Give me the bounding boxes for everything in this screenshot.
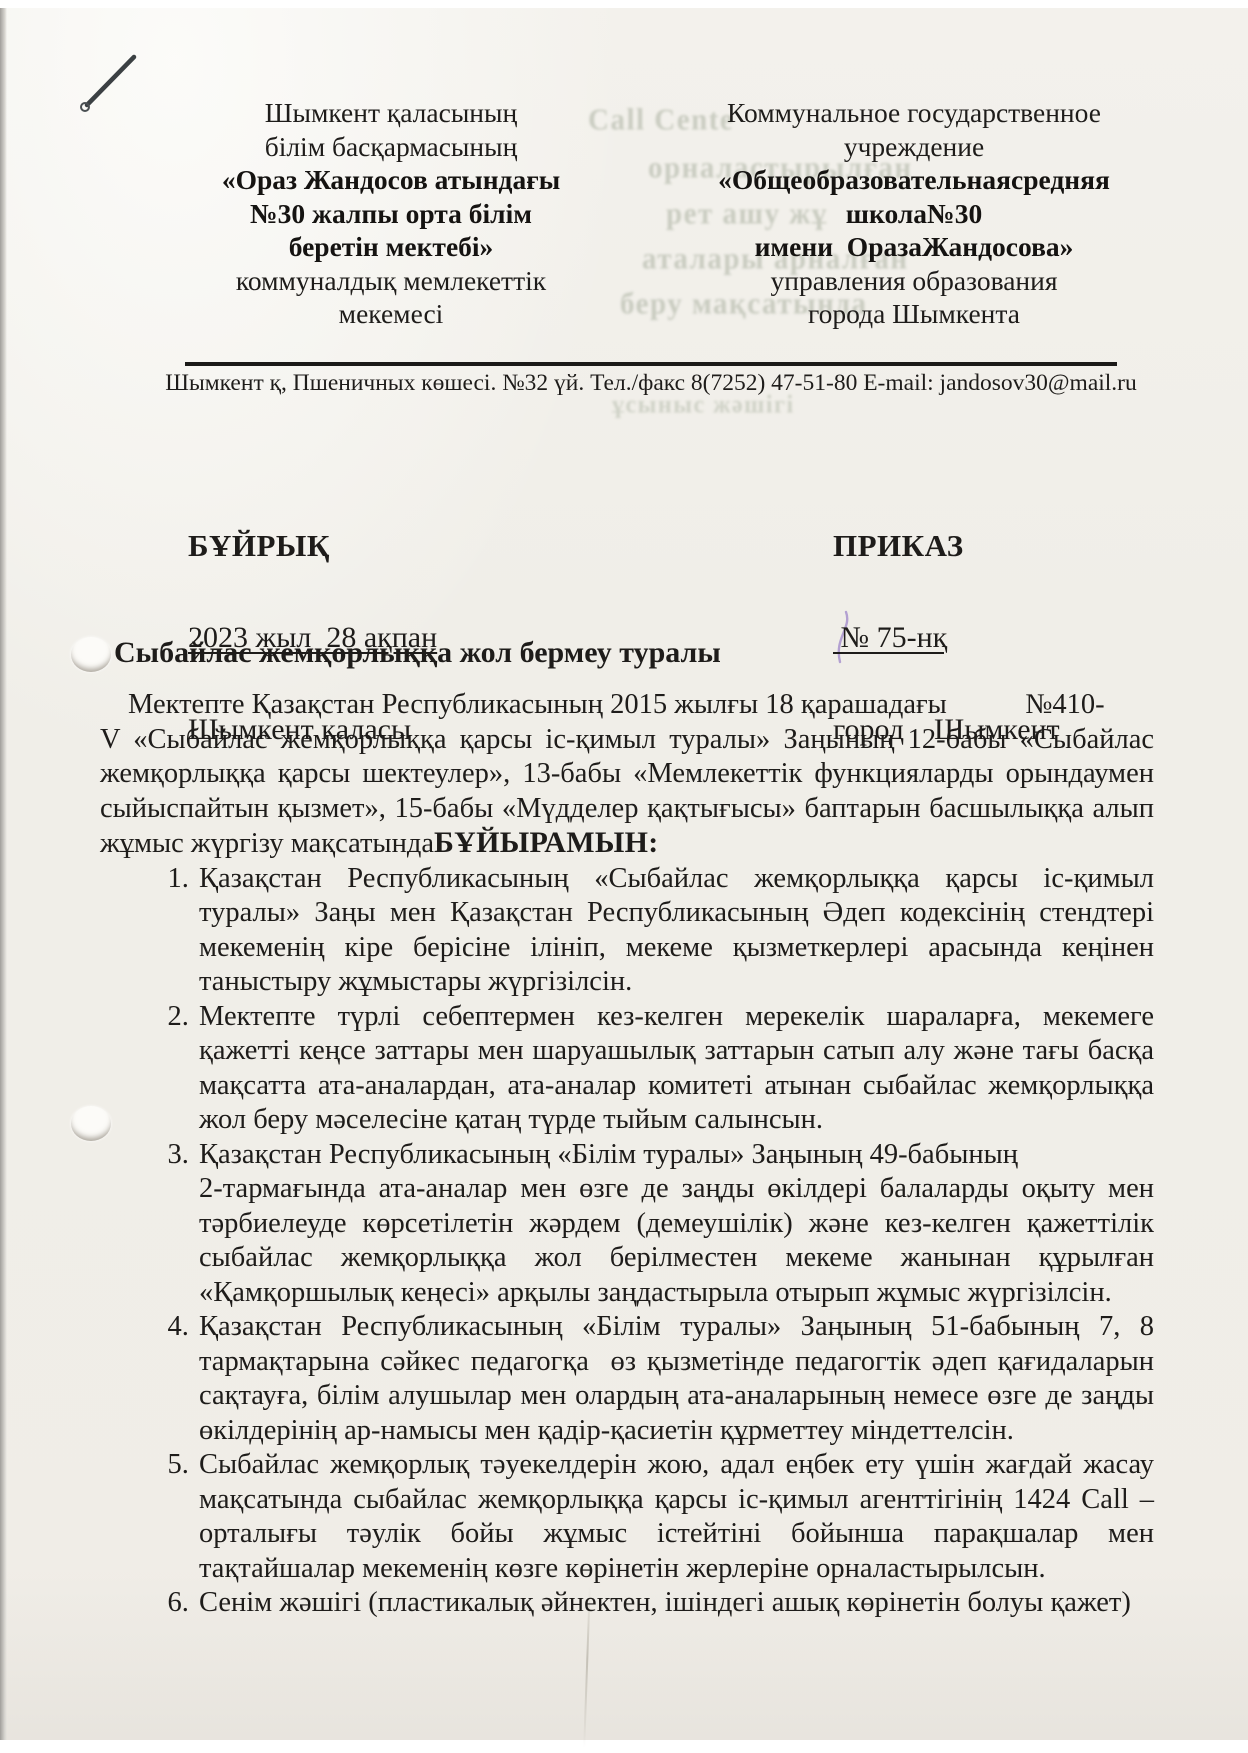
- order-item: Сыбайлас жемқорлық тәуекелдерін жою, ада…: [196, 1448, 1154, 1586]
- org-address-line: Шымкент қ, Пшеничных көшесі. №32 үй. Тел…: [150, 370, 1152, 397]
- org-line: беретін мектебі»: [150, 230, 632, 264]
- punch-hole: [71, 637, 111, 672]
- org-line: города Шымкента: [666, 297, 1162, 331]
- org-name-russian: Коммунальное государственное учреждение …: [666, 96, 1162, 331]
- order-item: Қазақстан Республикасының «Білім туралы»…: [196, 1310, 1154, 1448]
- org-line: Шымкент қаласының: [150, 96, 632, 130]
- order-item: Сенім жәшігі (пластикалық әйнектен, ішін…: [196, 1586, 1154, 1621]
- staple-mark: [70, 42, 150, 122]
- intro-directive: БҰЙЫРАМЫН:: [434, 826, 659, 859]
- scan-edge-shadow: [0, 8, 7, 1740]
- order-item: Қазақстан Республикасының «Білім туралы»…: [196, 1138, 1154, 1311]
- org-line: управления образования: [666, 264, 1162, 298]
- order-subject: Сыбайлас жемқорлыққа жол бермеу туралы: [114, 636, 1114, 670]
- order-intro: Мектепте Қазақстан Республикасының 2015 …: [100, 688, 1154, 862]
- order-title-ru: ПРИКАЗ: [833, 523, 1060, 569]
- order-title-kk: БҰЙРЫҚ: [188, 523, 437, 569]
- letterhead: Шымкент қаласының білім басқармасының «О…: [150, 96, 1162, 331]
- letterhead-rule: [185, 362, 1117, 366]
- org-line: «Ораз Жандосов атындағы: [150, 163, 632, 197]
- org-line: №30 жалпы орта білім: [150, 197, 632, 231]
- scanned-order-page: { "document": { "org_kk": [ "Шымкент қал…: [0, 0, 1248, 1753]
- org-line: Коммунальное государственное: [666, 96, 1162, 130]
- order-body: Мектепте Қазақстан Республикасының 2015 …: [100, 688, 1154, 1621]
- org-name-kazakh: Шымкент қаласының білім басқармасының «О…: [150, 96, 632, 331]
- org-line: білім басқармасының: [150, 130, 632, 164]
- order-item: Қазақстан Республикасының «Сыбайлас жемқ…: [196, 862, 1154, 1000]
- org-line: школа№30: [666, 197, 1162, 231]
- org-line: коммуналдық мемлекеттік: [150, 264, 632, 298]
- order-item: Мектепте түрлі себептермен кез-келген ме…: [196, 1000, 1154, 1138]
- order-items: Қазақстан Республикасының «Сыбайлас жемқ…: [100, 862, 1154, 1621]
- org-line: учреждение: [666, 130, 1162, 164]
- org-line: мекемесі: [150, 297, 632, 331]
- org-line: имени ОразаЖандосова»: [666, 230, 1162, 264]
- org-line: «Общеобразовательнаясредняя: [666, 163, 1162, 197]
